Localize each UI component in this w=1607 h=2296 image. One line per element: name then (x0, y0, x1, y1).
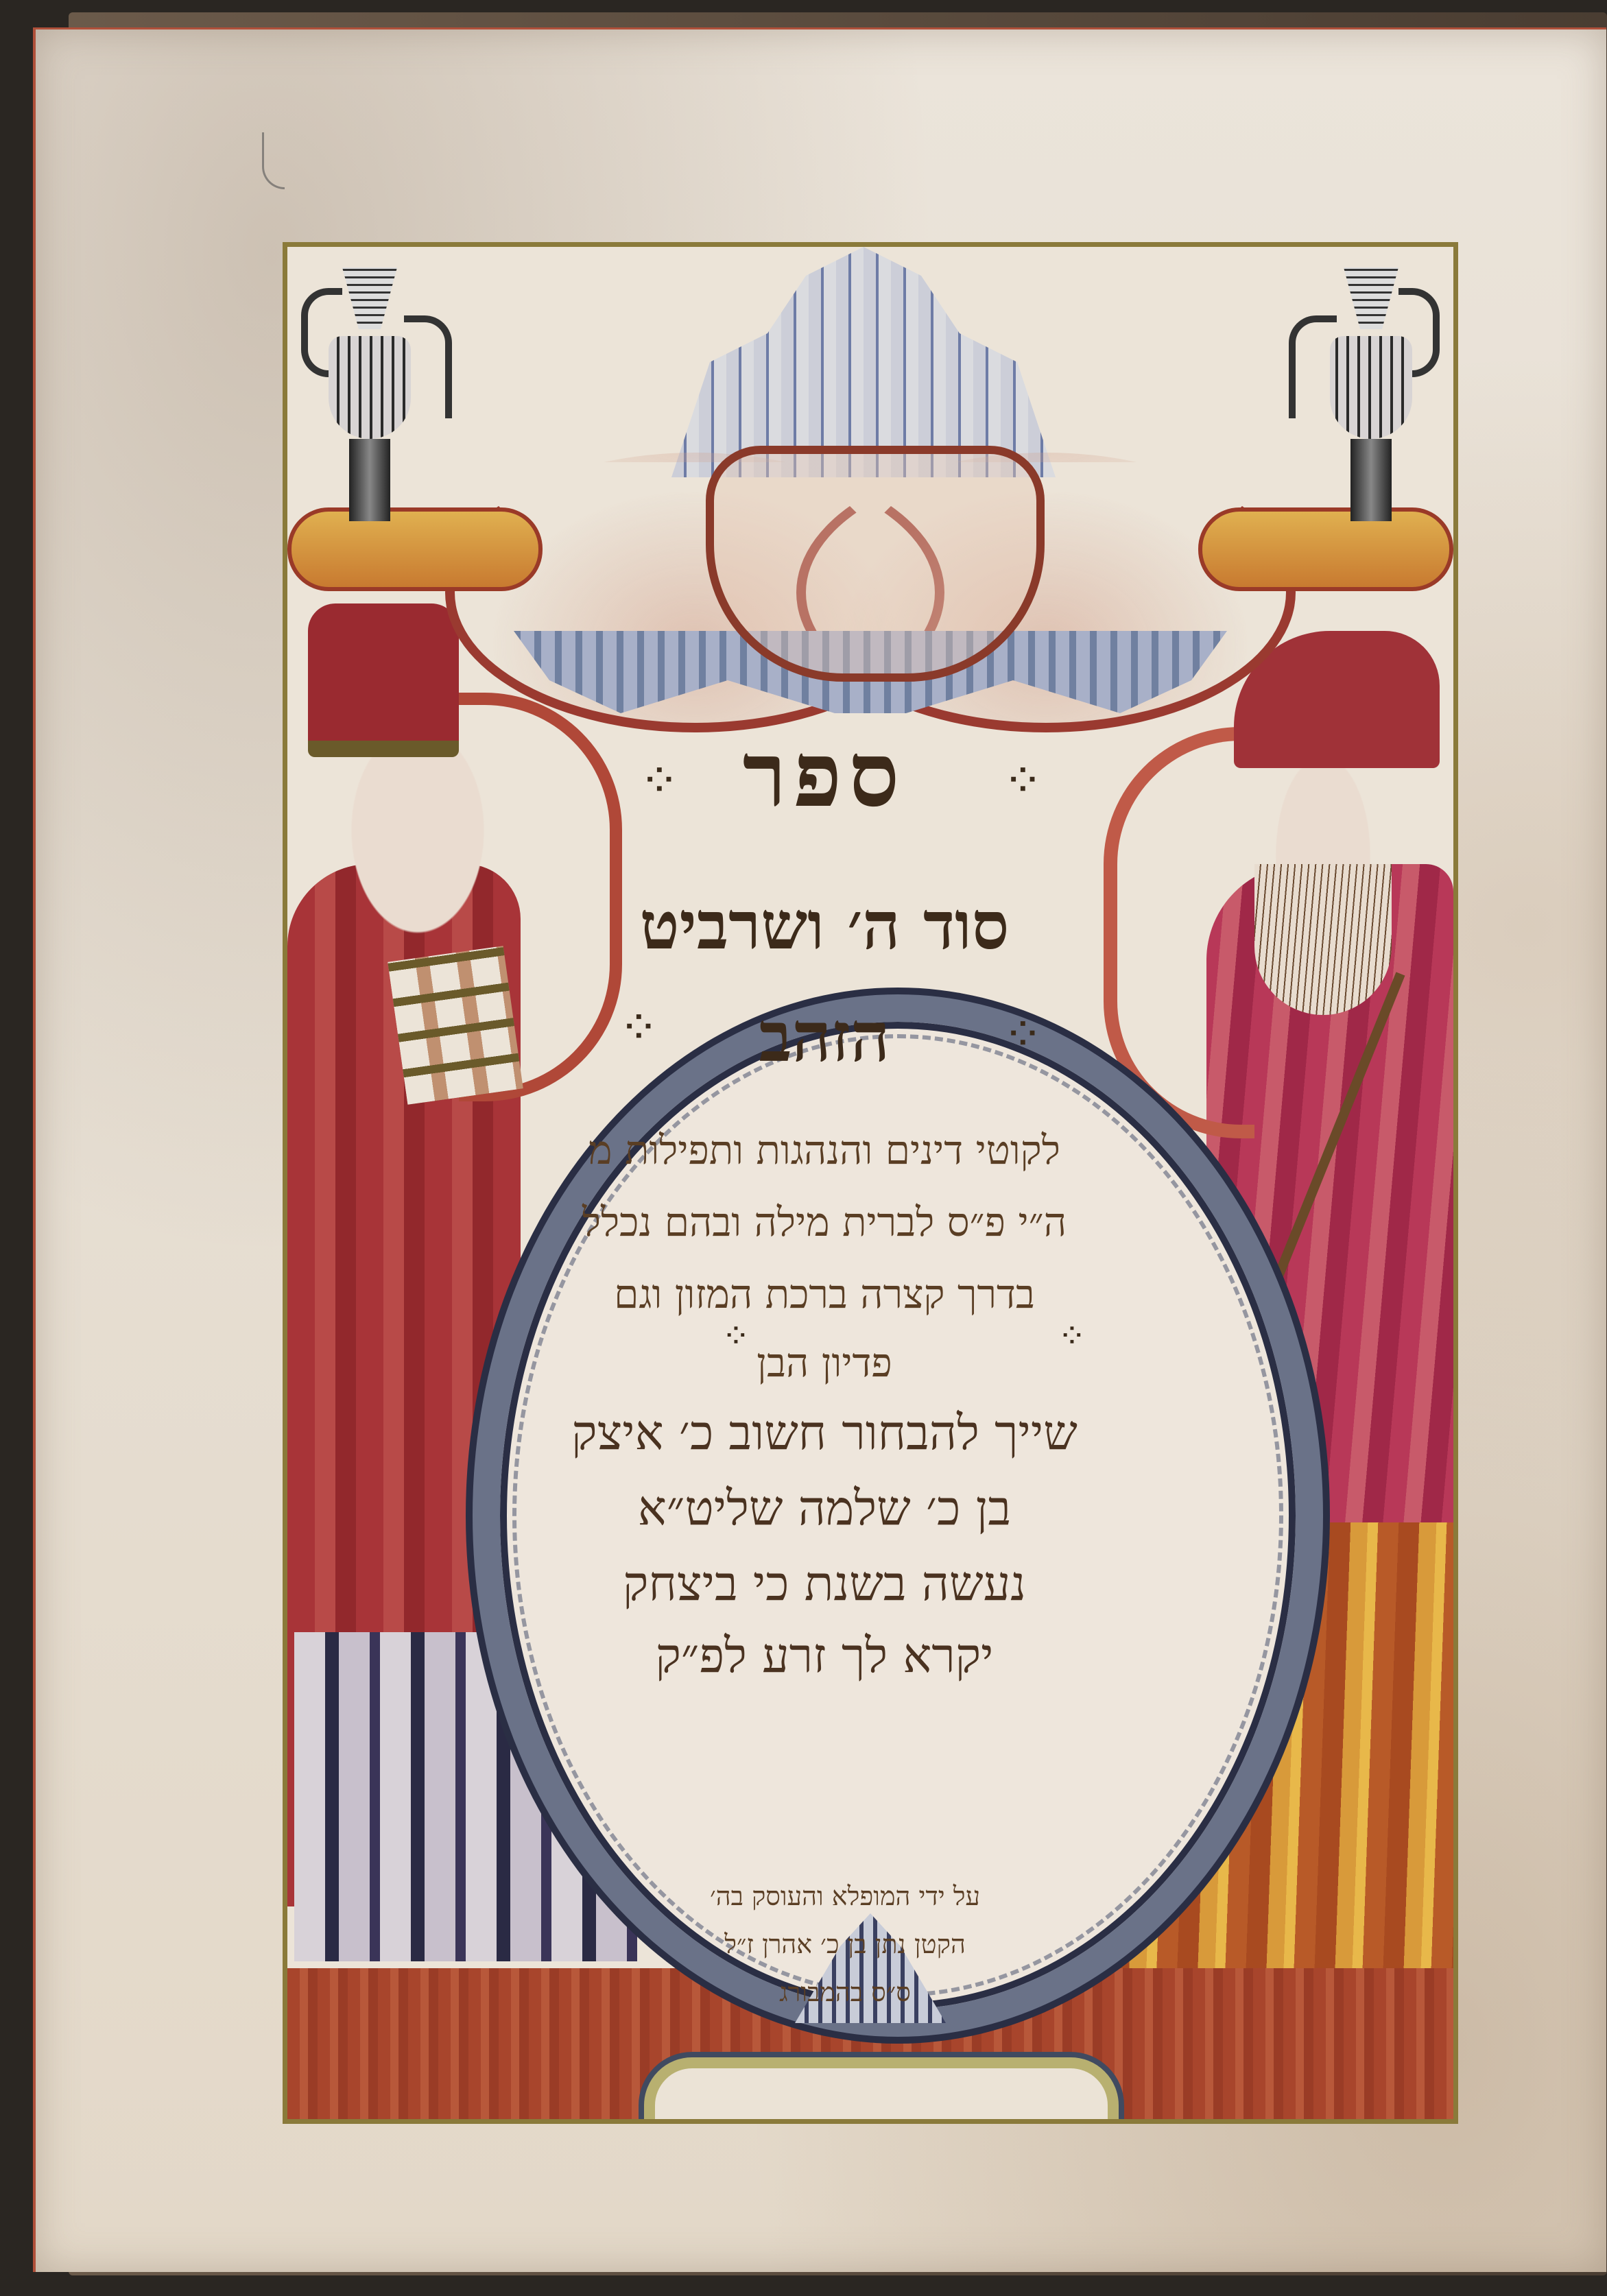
body-line-2: ה״י פ״ס לברית מילה ובהם נכלל (529, 1199, 1119, 1245)
flourish-icon: ⁘ (1058, 1319, 1086, 1353)
scribe-cartouche (644, 2057, 1119, 2124)
illuminated-frame (283, 242, 1458, 2124)
pencil-mark (262, 132, 285, 189)
body-line-1: לקוטי דינים והנהגות ותפילות מ (529, 1127, 1119, 1173)
body-line-7: נעשה בשנת כי ביצחק (529, 1555, 1119, 1612)
body-line-4: פדיון הבן (529, 1339, 1119, 1386)
flourish-icon: ⁘ (1003, 756, 1043, 804)
cartouche-line-3: ס״ס בהמבורג (632, 1977, 1058, 2008)
cartouche-line-1: על ידי המופלא והעוסק בה׳ (632, 1881, 1058, 1912)
cartouche-line-2: הקטן נתן בן כ׳ אהרן ז״ל (632, 1929, 1058, 1960)
moses-beard (1254, 864, 1392, 1015)
manuscript-page: ספר סוד ה׳ ושרביט הזהב לקוטי דינים והנהג… (33, 27, 1606, 2272)
breastplate-icon (388, 946, 523, 1105)
ewer-icon-left (301, 267, 438, 521)
flourish-icon: ⁘ (1003, 1010, 1043, 1058)
body-line-6: בן כ׳ שלמה שליט״א (529, 1480, 1119, 1537)
ewer-icon-right (1302, 267, 1440, 521)
body-line-3: בדרך קצרה ברכת המזון וגם (529, 1271, 1119, 1317)
title-line-2: סוד ה׳ ושרביט (529, 887, 1119, 964)
body-line-8: יקרא לך זרע לפ״ק (529, 1627, 1119, 1684)
flourish-icon: ⁘ (619, 1003, 659, 1051)
center-cartouche-ornament (706, 446, 1045, 682)
aaron-mitre-icon (308, 603, 459, 757)
flourish-icon: ⁘ (639, 756, 680, 804)
body-line-5: שייך להבחור חשוב כ׳ איצק (529, 1404, 1119, 1461)
flourish-icon: ⁘ (722, 1319, 750, 1353)
